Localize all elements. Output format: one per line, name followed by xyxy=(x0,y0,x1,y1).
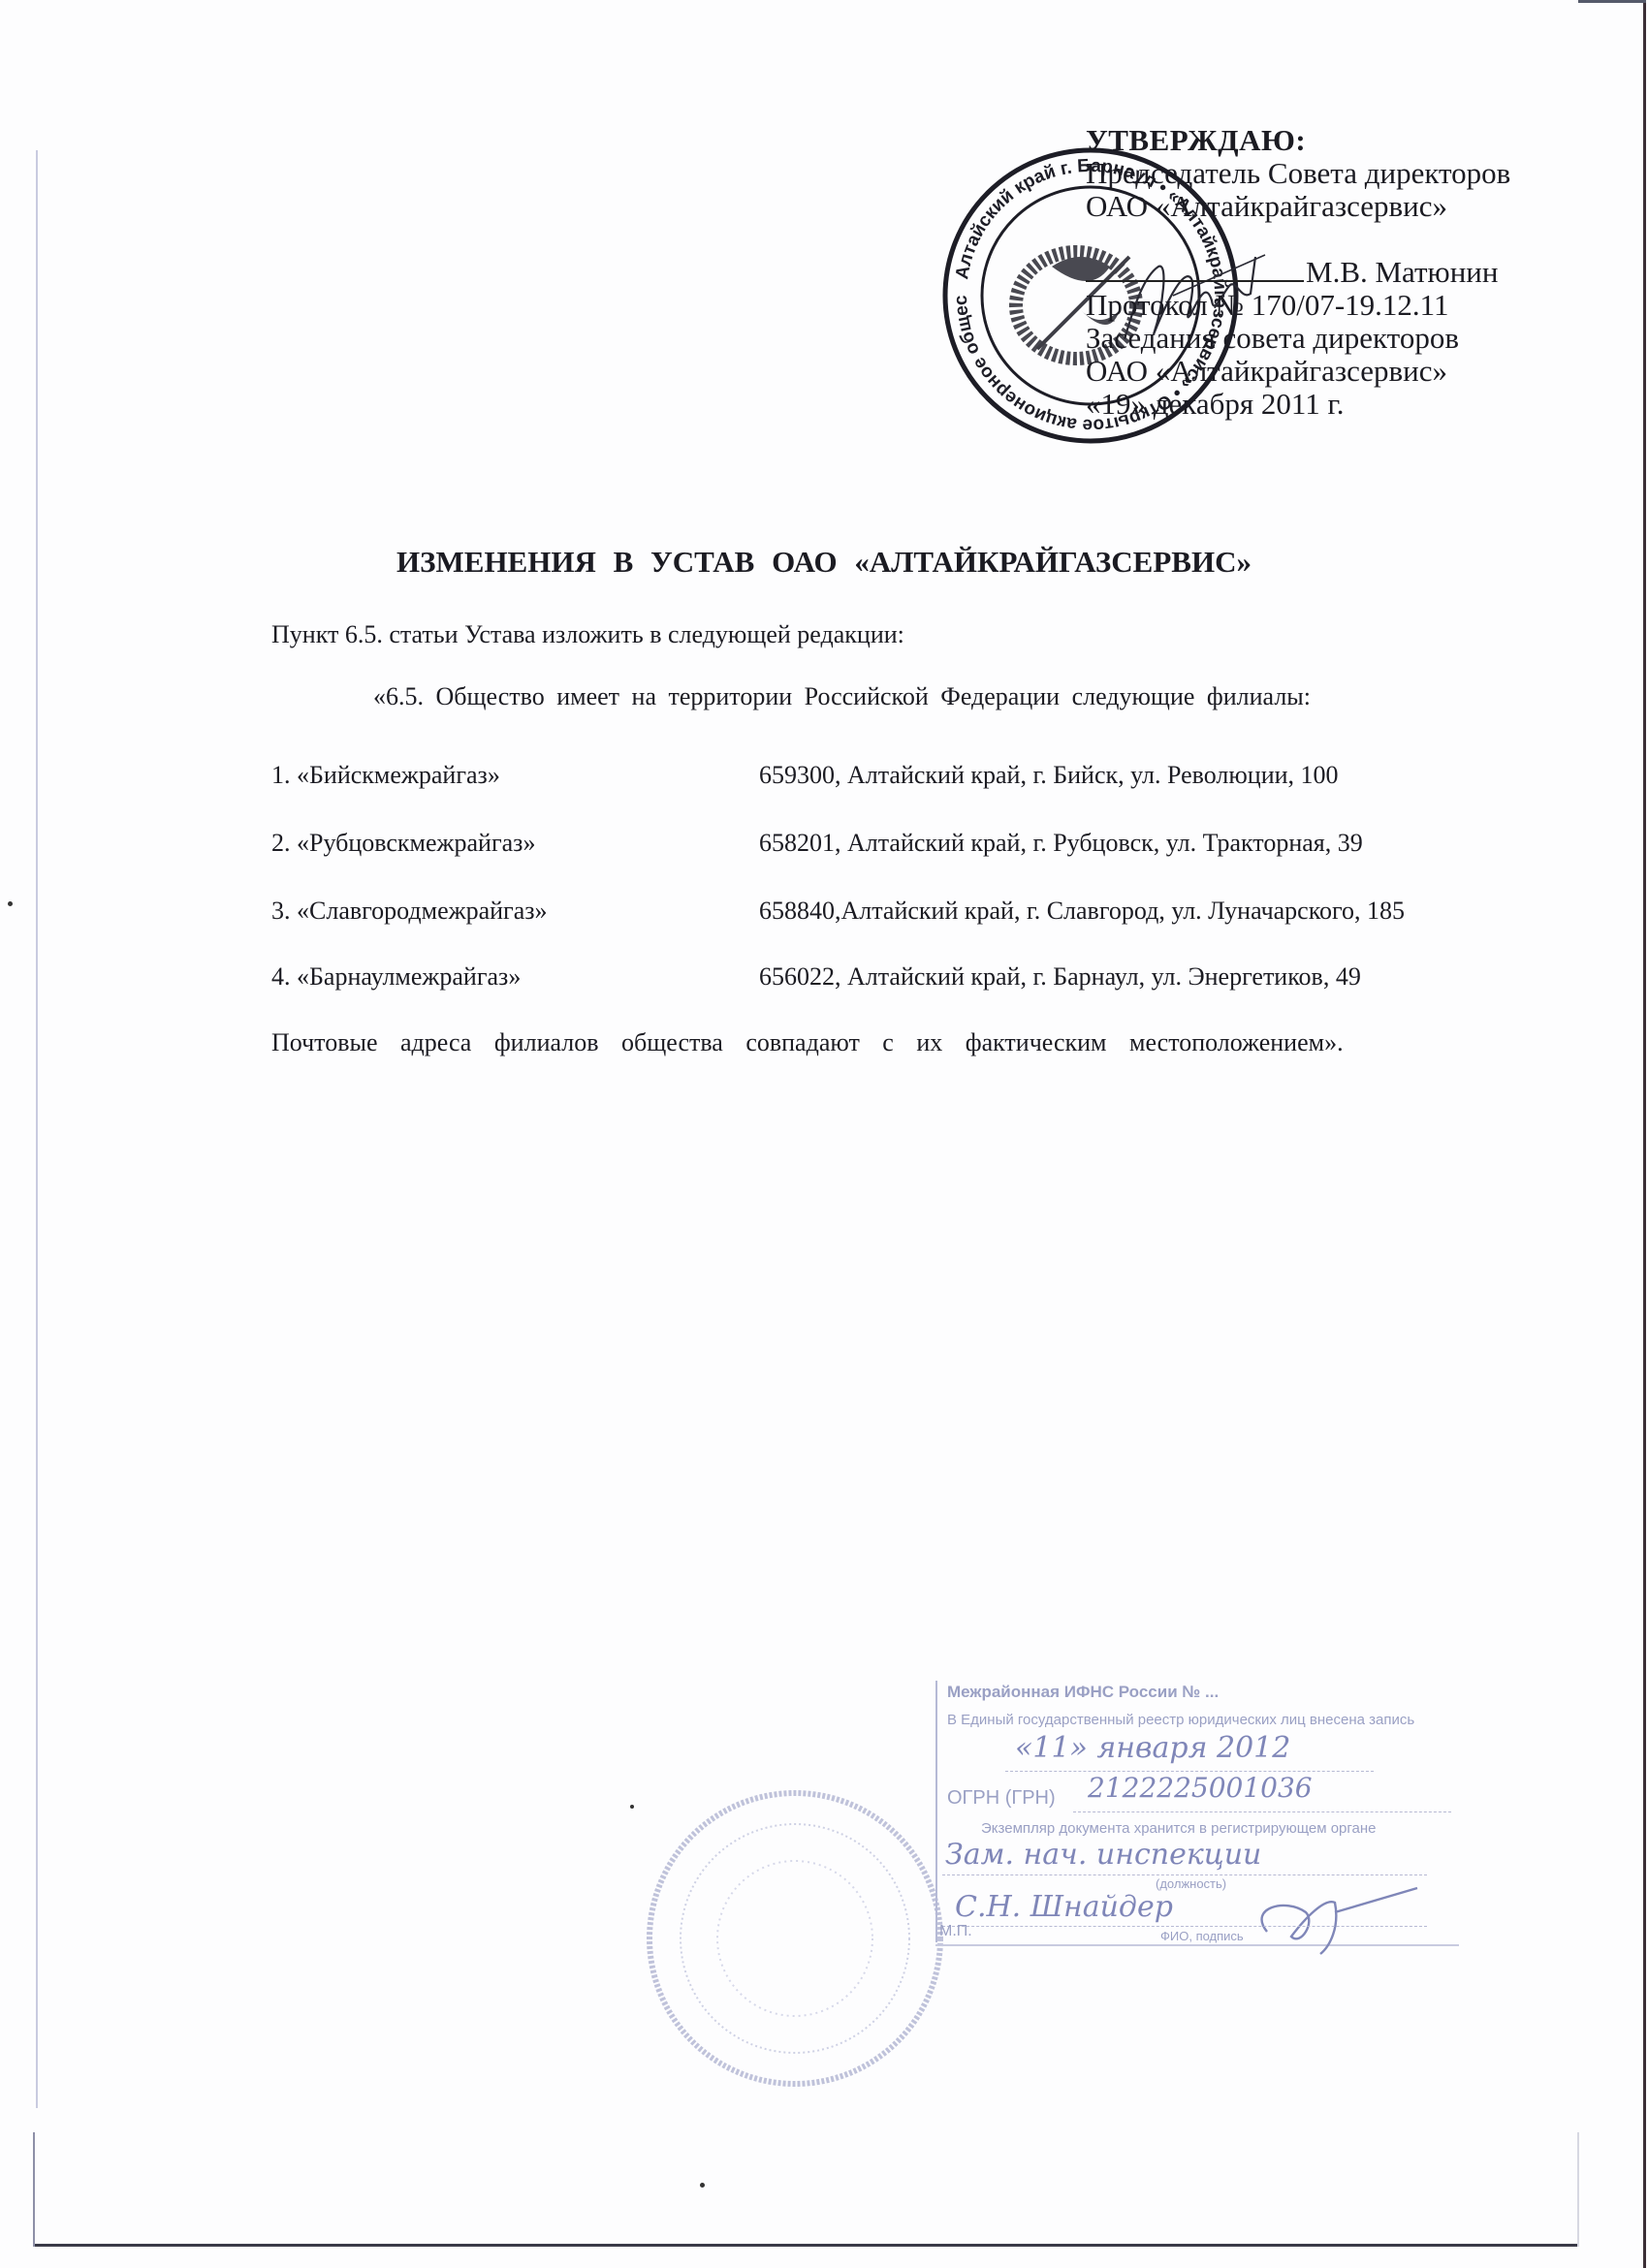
registration-stamp: Межрайонная ИФНС России № ... В Единый г… xyxy=(928,1675,1471,1956)
scan-speck xyxy=(700,2183,705,2188)
document-title: ИЗМЕНЕНИЯ В УСТАВ ОАО «АЛТАЙКРАЙГАЗСЕРВИ… xyxy=(0,545,1648,580)
stamp-entry-line: В Единый государственный реестр юридичес… xyxy=(947,1712,1414,1728)
scan-speck xyxy=(8,901,13,906)
branch-address: 656022, Алтайский край, г. Барнаул, ул. … xyxy=(759,962,1361,992)
approval-meeting: Заседания совета директоров xyxy=(1086,322,1510,355)
stamp-name: С.Н. Шнайдер xyxy=(955,1890,1173,1924)
stamp-border xyxy=(935,1681,937,1942)
stamp-seal-mark: М.П. xyxy=(939,1923,972,1940)
scan-border-inner xyxy=(1577,2132,1579,2247)
stamp-rule xyxy=(942,1925,1427,1927)
scan-border-corner xyxy=(33,2132,35,2247)
registrar-signature-icon xyxy=(1248,1878,1432,1956)
scan-speck xyxy=(630,1805,634,1809)
stamp-rule xyxy=(1073,1811,1451,1812)
stamp-authority: Межрайонная ИФНС России № ... xyxy=(947,1683,1219,1702)
approval-protocol: Протокол № 170/07-19.12.11 xyxy=(1086,289,1510,322)
branch-name: 4. «Барнаулмежрайгаз» xyxy=(271,962,521,992)
stamp-position: Зам. нач. инспекции xyxy=(945,1838,1261,1872)
stamp-ogrn-label: ОГРН (ГРН) xyxy=(947,1787,1056,1810)
branch-address: 658840,Алтайский край, г. Славгород, ул.… xyxy=(759,897,1405,926)
approval-position: Председатель Совета директоров xyxy=(1086,157,1510,190)
intro-paragraph: Пункт 6.5. статьи Устава изложить в след… xyxy=(271,620,904,649)
approval-meeting-company: ОАО «Алтайкрайгазсервис» xyxy=(1086,355,1510,388)
approval-date: «19» декабря 2011 г. xyxy=(1086,388,1510,421)
scan-border-top xyxy=(1578,0,1646,3)
clause-paragraph: «6.5. Общество имеет на территории Росси… xyxy=(373,682,1311,711)
approval-heading: УТВЕРЖДАЮ: xyxy=(1086,124,1510,157)
approval-signatory: М.В. Матюнин xyxy=(1306,255,1499,289)
tax-office-seal-icon xyxy=(635,1779,955,2098)
stamp-date: «11» января 2012 xyxy=(1015,1731,1290,1765)
branch-name: 1. «Бийскмежрайгаз» xyxy=(271,761,500,790)
scan-border-bottom xyxy=(33,2244,1578,2247)
stamp-position-caption: (должность) xyxy=(1156,1876,1226,1891)
stamp-ogrn: 2122225001036 xyxy=(1088,1772,1313,1804)
stamp-rule xyxy=(942,1874,1427,1875)
stamp-signature-caption: ФИО, подпись xyxy=(1160,1929,1244,1943)
branch-name: 3. «Славгородмежрайгаз» xyxy=(271,897,548,926)
approval-block: УТВЕРЖДАЮ: Председатель Совета директоро… xyxy=(1086,124,1510,421)
scan-border-right xyxy=(1643,0,1646,2268)
branch-address: 659300, Алтайский край, г. Бийск, ул. Ре… xyxy=(759,761,1339,790)
stamp-copy-note: Экземпляр документа хранится в регистрир… xyxy=(981,1820,1377,1837)
signature-line xyxy=(1086,280,1304,282)
branch-name: 2. «Рубцовскмежрайгаз» xyxy=(271,829,535,858)
closing-paragraph: Почтовые адреса филиалов общества совпад… xyxy=(271,1028,1344,1057)
approval-company: ОАО «Алтайкрайгазсервис» xyxy=(1086,190,1510,223)
branch-address: 658201, Алтайский край, г. Рубцовск, ул.… xyxy=(759,829,1363,858)
scan-border-left xyxy=(36,150,38,2108)
